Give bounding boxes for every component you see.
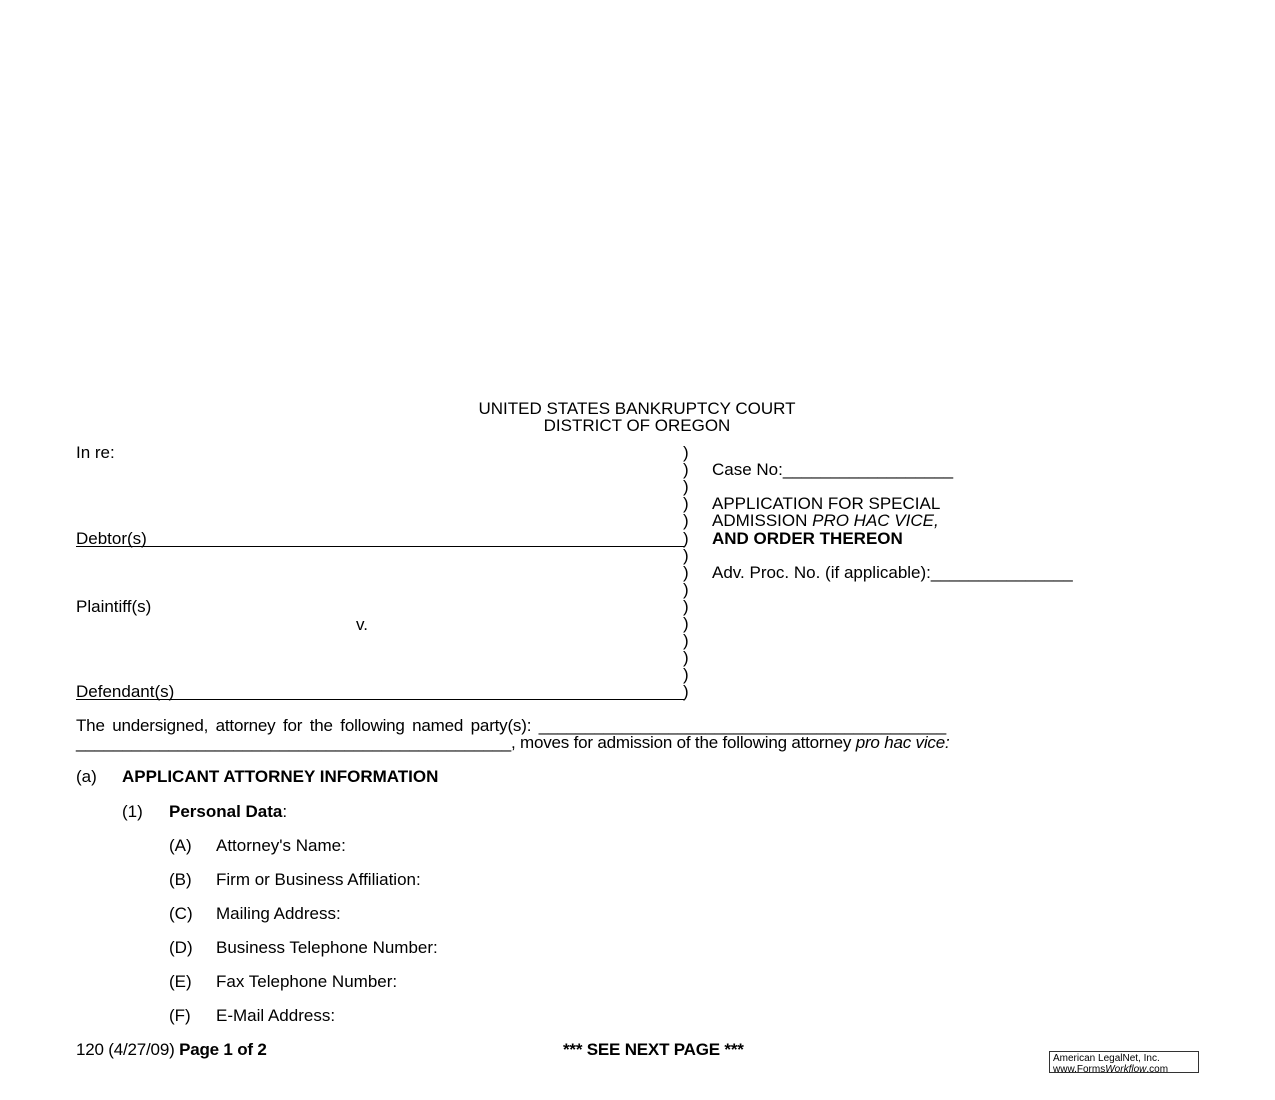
- subsection-1-title: Personal Data:: [169, 803, 287, 820]
- form-title-line2: ADMISSION PRO HAC VICE,: [712, 512, 939, 529]
- paren: ): [683, 461, 689, 478]
- list-item-marker: (F): [169, 1007, 191, 1024]
- paren: ): [683, 564, 689, 581]
- form-title-line3: AND ORDER THEREON: [712, 530, 903, 547]
- paren: ): [683, 632, 689, 649]
- debtor-label: Debtor(s): [76, 530, 147, 547]
- paren: ): [683, 581, 689, 598]
- case-number-blank[interactable]: __________________: [783, 460, 953, 479]
- list-item-marker: (B): [169, 871, 192, 888]
- subsection-1-marker: (1): [122, 803, 143, 820]
- named-party-blank-continued[interactable]: ________________________________________…: [76, 733, 511, 752]
- court-district: DISTRICT OF OREGON: [337, 417, 937, 434]
- paren: ): [683, 512, 689, 529]
- court-name: UNITED STATES BANKRUPTCY COURT: [337, 400, 937, 417]
- mailing-address-label: Mailing Address:: [216, 905, 341, 922]
- defendant-label: Defendant(s): [76, 683, 174, 700]
- adv-proc-field[interactable]: Adv. Proc. No. (if applicable):_________…: [712, 564, 1073, 581]
- form-title-line1: APPLICATION FOR SPECIAL: [712, 495, 940, 512]
- intro-line2: ________________________________________…: [76, 734, 950, 751]
- paren: ): [683, 547, 689, 564]
- debtor-underline: [76, 546, 684, 547]
- list-item-marker: (C): [169, 905, 193, 922]
- paren: ): [683, 495, 689, 512]
- section-a-title: APPLICANT ATTORNEY INFORMATION: [122, 768, 438, 785]
- pro-hac-vice-text: PRO HAC VICE,: [812, 511, 939, 530]
- footer-form-id: 120 (4/27/09) Page 1 of 2: [76, 1041, 267, 1058]
- defendant-underline: [76, 699, 684, 700]
- plaintiff-label: Plaintiff(s): [76, 598, 151, 615]
- paren: ): [683, 478, 689, 495]
- list-item-marker: (A): [169, 837, 192, 854]
- paren: ): [683, 598, 689, 615]
- email-address-label: E-Mail Address:: [216, 1007, 335, 1024]
- firm-affiliation-label: Firm or Business Affiliation:: [216, 871, 421, 888]
- case-number-label: Case No:: [712, 460, 783, 479]
- attorney-name-label: Attorney's Name:: [216, 837, 346, 854]
- adv-proc-label: Adv. Proc. No. (if applicable):: [712, 563, 931, 582]
- case-number-field[interactable]: Case No:__________________: [712, 461, 953, 478]
- paren: ): [683, 530, 689, 547]
- adv-proc-blank[interactable]: _______________: [931, 563, 1073, 582]
- versus-label: v.: [356, 616, 368, 633]
- list-item-marker: (E): [169, 973, 192, 990]
- page-indicator: Page 1 of 2: [179, 1040, 267, 1059]
- list-item-marker: (D): [169, 939, 193, 956]
- paren: ): [683, 666, 689, 683]
- section-a-marker: (a): [76, 768, 97, 785]
- in-re-label: In re:: [76, 444, 115, 461]
- paren: ): [683, 444, 689, 461]
- business-phone-label: Business Telephone Number:: [216, 939, 438, 956]
- intro-line1: The undersigned, attorney for the follow…: [76, 717, 1200, 734]
- paren: ): [683, 615, 689, 632]
- paren: ): [683, 649, 689, 666]
- see-next-page: *** SEE NEXT PAGE ***: [563, 1041, 744, 1058]
- paren: ): [683, 683, 689, 700]
- fax-phone-label: Fax Telephone Number:: [216, 973, 397, 990]
- publisher-stamp: American LegalNet, Inc. www.FormsWorkflo…: [1049, 1051, 1199, 1073]
